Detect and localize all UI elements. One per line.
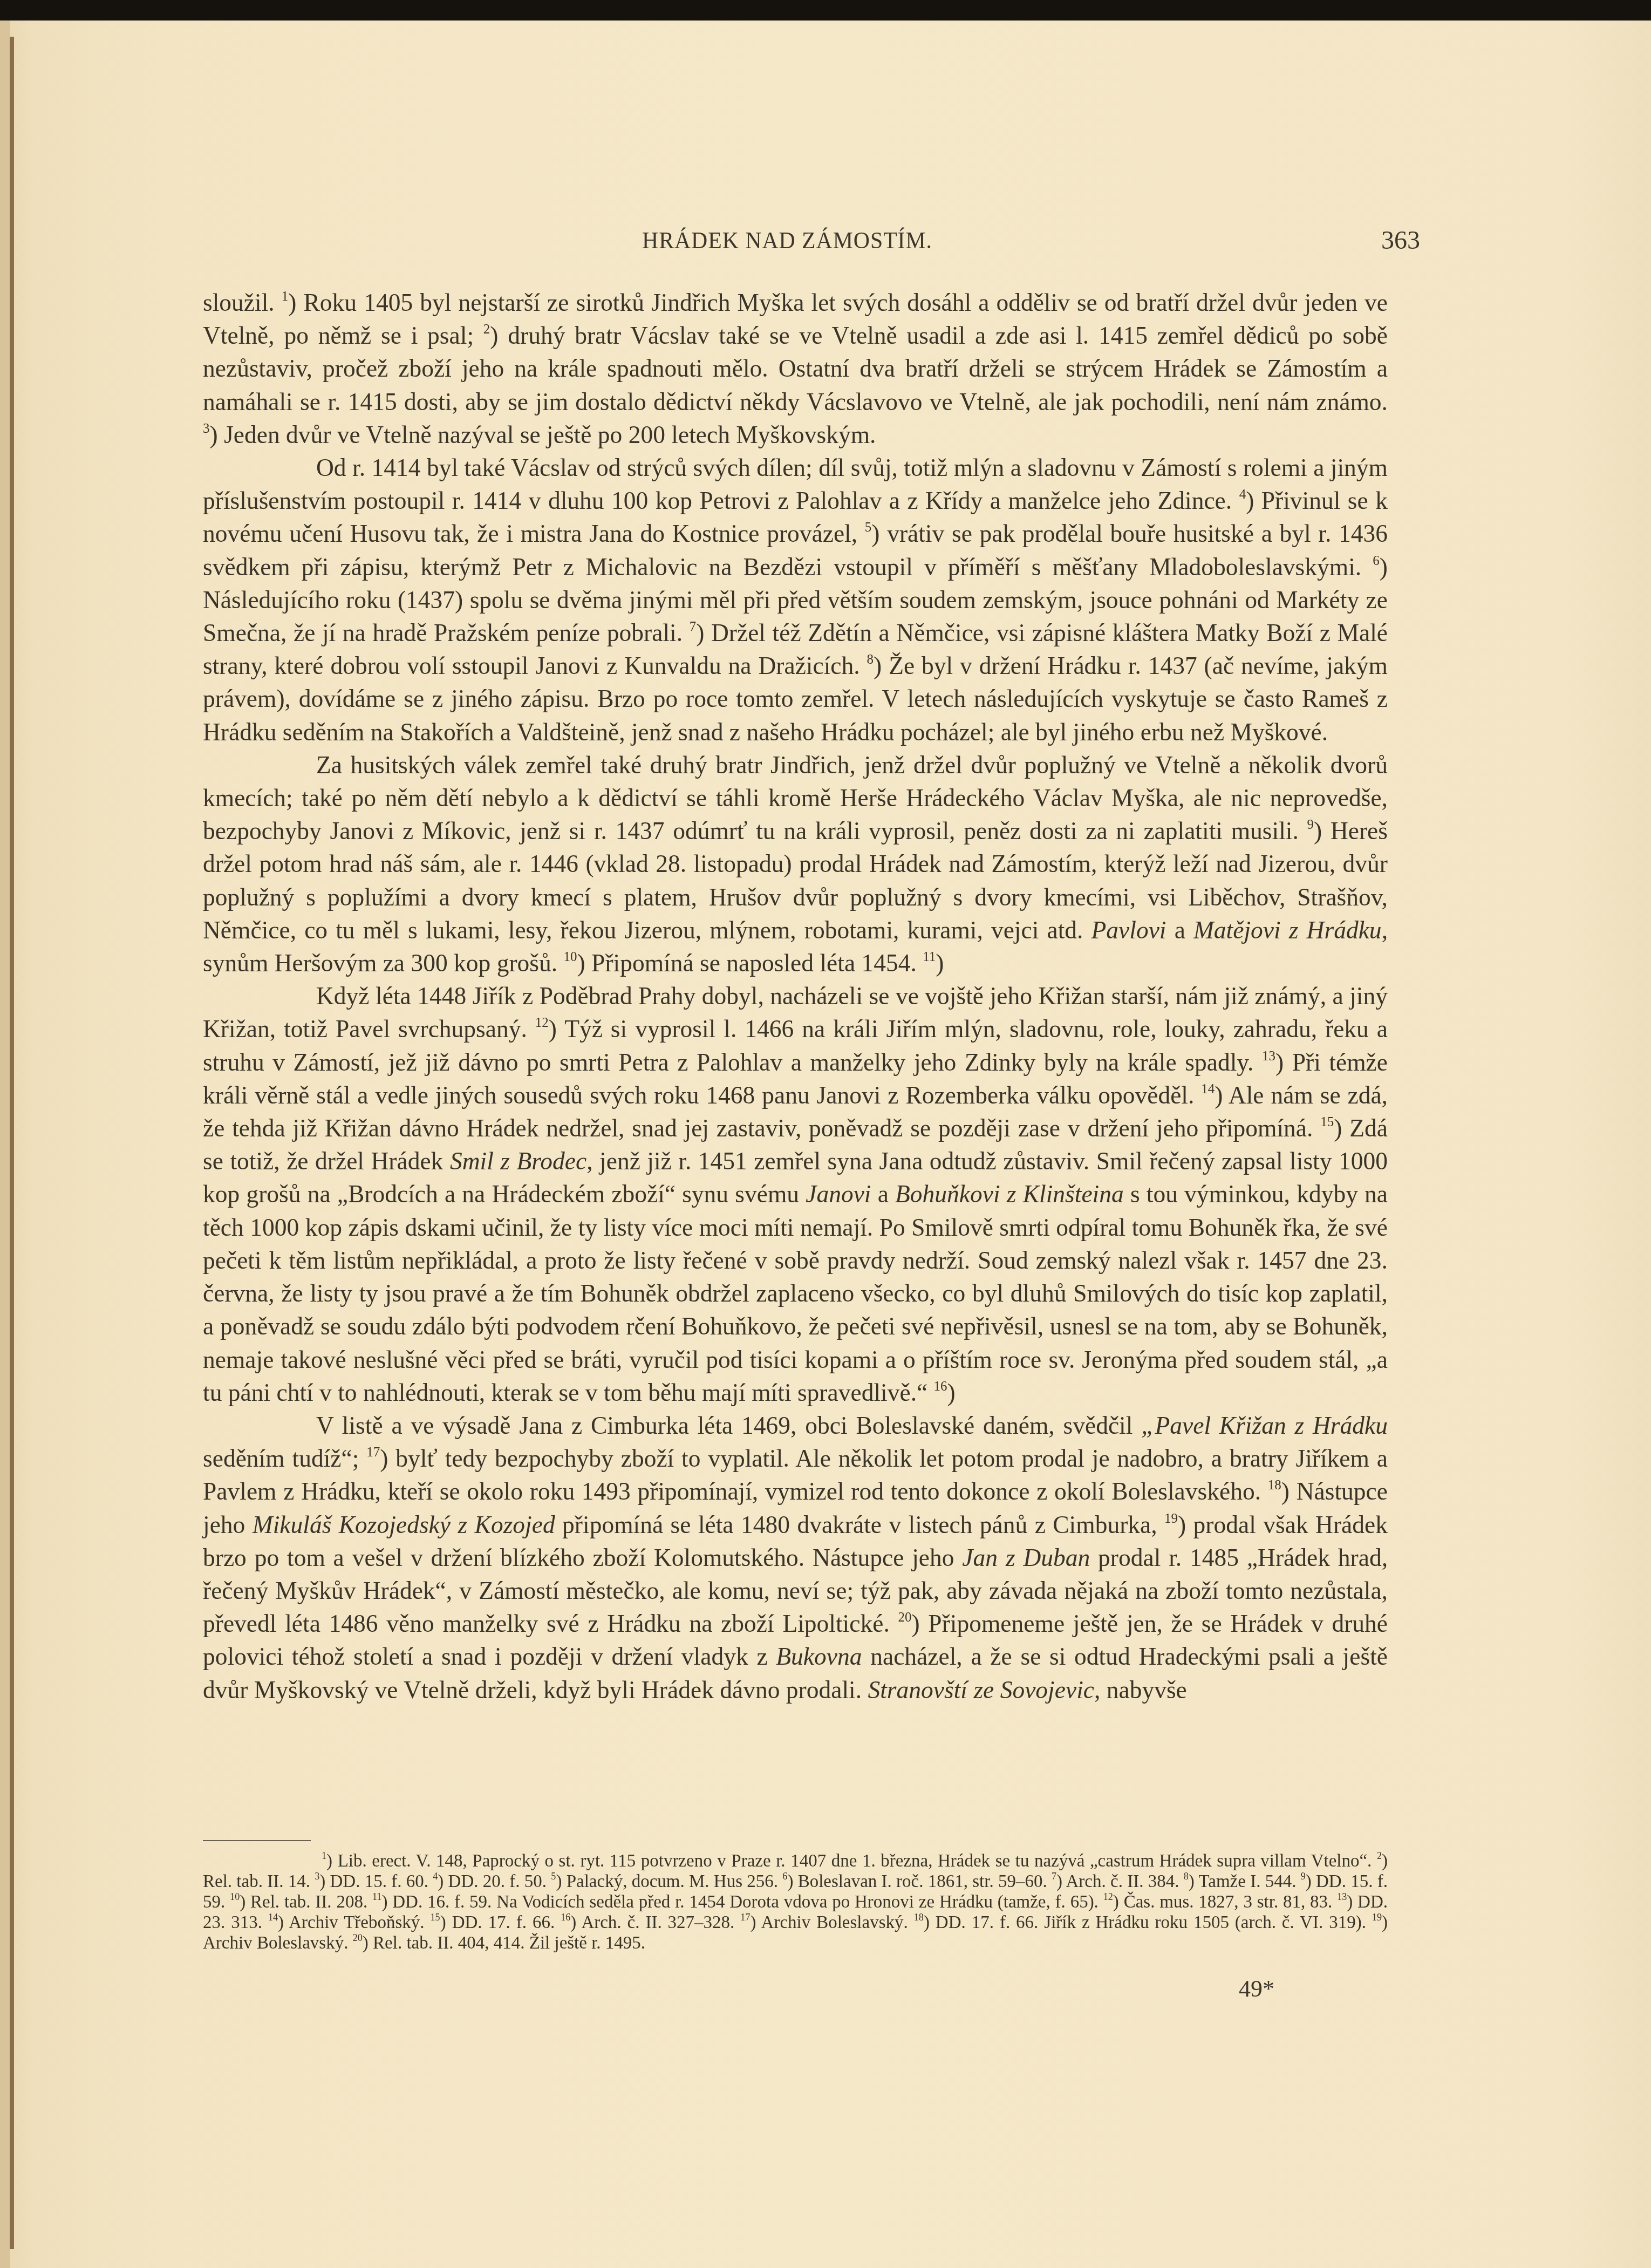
italic-name: Bukovna bbox=[776, 1643, 862, 1670]
footnote-text: ) Rel. tab. II. 208. bbox=[240, 1892, 372, 1912]
footnote-ref: 17 bbox=[366, 1445, 380, 1460]
italic-name: Stranovští ze Sovojevic bbox=[868, 1676, 1094, 1704]
footnote-ref: 3 bbox=[203, 421, 210, 436]
footnote-number: 12 bbox=[1103, 1891, 1113, 1902]
italic-name: Janovi bbox=[806, 1180, 871, 1208]
footnote-ref: 8 bbox=[867, 652, 874, 667]
footnote-ref: 2 bbox=[483, 322, 490, 337]
footnote-ref: 16 bbox=[934, 1379, 947, 1394]
footnote-number: 14 bbox=[268, 1912, 278, 1923]
text-run: ) bbox=[947, 1379, 956, 1406]
footnote-number: 19 bbox=[1372, 1912, 1382, 1923]
footnote-number: 1 bbox=[322, 1850, 326, 1861]
footnote-number: 11 bbox=[372, 1891, 381, 1902]
footnote-number: 20 bbox=[353, 1932, 363, 1943]
text-run: V listě a ve výsadě Jana z Cimburka léta… bbox=[316, 1412, 1141, 1439]
footnotes: 1) Lib. erect. V. 148, Paprocký o st. ry… bbox=[203, 1851, 1388, 1953]
footnote-number: 3 bbox=[315, 1871, 319, 1882]
footnote-number: 17 bbox=[740, 1912, 750, 1923]
text-run: ) bylť tedy bezpochyby zboží to vyplatil… bbox=[203, 1445, 1388, 1505]
footnote-ref: 20 bbox=[898, 1610, 911, 1625]
paragraph: Když léta 1448 Jiřík z Poděbrad Prahy do… bbox=[203, 979, 1388, 1409]
text-run: připomíná se léta 1480 dvakráte v listec… bbox=[555, 1511, 1164, 1538]
italic-name: Smil z Brodec bbox=[450, 1147, 586, 1175]
italic-name: Jan z Duban bbox=[962, 1544, 1090, 1571]
italic-name: Matějovi z Hrádku bbox=[1193, 916, 1382, 944]
text-run: ) Jeden dvůr ve Vtelně nazýval se ještě … bbox=[210, 421, 876, 448]
footnote-number: 10 bbox=[230, 1891, 240, 1902]
running-head: HRÁDEK NAD ZÁMOSTÍM. bbox=[642, 227, 932, 254]
footnote-text: ) Čas. mus. 1827, 3 str. 81, 83. bbox=[1113, 1892, 1337, 1912]
footnote-text: ) Archiv Třeboňský. bbox=[278, 1913, 430, 1932]
footnote-ref: 10 bbox=[564, 950, 577, 964]
facing-page-edge bbox=[0, 21, 10, 2268]
footnote-ref: 7 bbox=[690, 619, 697, 634]
footnote-ref: 1 bbox=[282, 289, 289, 304]
footnote-text: ) Tamže I. 544. bbox=[1189, 1872, 1301, 1891]
footnote-text: ) DD. 20. f. 50. bbox=[438, 1872, 551, 1891]
footnote-number: 16 bbox=[561, 1912, 570, 1923]
footnote-text: ) DD. 17. f. 66. bbox=[440, 1913, 561, 1932]
footnote-text: ) Palacký, docum. M. Hus 256. bbox=[556, 1872, 782, 1891]
italic-name: Bohuňkovi z Klinšteina bbox=[895, 1180, 1124, 1208]
text-run: Od r. 1414 byl také Vácslav od strýců sv… bbox=[203, 454, 1388, 514]
binding-gutter bbox=[10, 37, 14, 2249]
footnote-text: ) Lib. erect. V. 148, Paprocký o st. ryt… bbox=[326, 1851, 1377, 1871]
footnote-text: ) Arch. č. II. 384. bbox=[1056, 1872, 1184, 1891]
text-run: a bbox=[871, 1180, 896, 1208]
italic-name: Mikuláš Kozojedský z Kozojed bbox=[253, 1511, 555, 1538]
text-run: s tou výminkou, kdyby na těch 1000 kop z… bbox=[203, 1180, 1388, 1406]
footnote-text: ) Archiv Boleslavský. bbox=[750, 1913, 913, 1932]
footnote-ref: 15 bbox=[1320, 1115, 1334, 1129]
paragraph: Od r. 1414 byl také Vácslav od strýců sv… bbox=[203, 451, 1388, 748]
text-run: sloužil. bbox=[203, 289, 282, 316]
paragraph: sloužil. 1) Roku 1405 byl nejstarší ze s… bbox=[203, 286, 1388, 451]
footnote-number: 13 bbox=[1337, 1891, 1347, 1902]
footnote-number: 2 bbox=[1377, 1850, 1382, 1861]
text-run: Za husitských válek zemřel také druhý br… bbox=[203, 751, 1388, 844]
footnote-number: 15 bbox=[431, 1912, 440, 1923]
signature-mark: 49* bbox=[1239, 1975, 1274, 2003]
footnote-number: 9 bbox=[1301, 1871, 1306, 1882]
text-run: ) bbox=[936, 949, 944, 977]
paragraph: Za husitských válek zemřel také druhý br… bbox=[203, 748, 1388, 979]
footnote-text: ) Boleslavan I. roč. 1861, str. 59–60. bbox=[787, 1872, 1052, 1891]
footnote-text: ) DD. 16. f. 59. Na Vodicích seděla před… bbox=[381, 1892, 1103, 1912]
scan-border bbox=[0, 0, 1651, 21]
footnote-number: 8 bbox=[1184, 1871, 1189, 1882]
footnote-block: 1) Lib. erect. V. 148, Paprocký o st. ry… bbox=[203, 1851, 1388, 1953]
footnote-ref: 11 bbox=[923, 950, 936, 964]
footnote-ref: 12 bbox=[535, 1016, 549, 1031]
footnote-ref: 4 bbox=[1239, 487, 1246, 502]
paragraph: V listě a ve výsadě Jana z Cimburka léta… bbox=[203, 1409, 1388, 1706]
footnote-ref: 13 bbox=[1262, 1049, 1275, 1064]
footnote-text: ) Arch. č. II. 327–328. bbox=[570, 1913, 740, 1932]
footnote-divider bbox=[203, 1840, 311, 1841]
text-run: seděním tudíž“; bbox=[203, 1445, 366, 1472]
text-run: ) Připomíná se naposled léta 1454. bbox=[577, 949, 923, 977]
footnote-text: ) Rel. tab. II. 404, 414. Žil ještě r. 1… bbox=[363, 1933, 645, 1953]
footnote-ref: 9 bbox=[1307, 818, 1314, 832]
footnote-ref: 14 bbox=[1201, 1082, 1215, 1096]
text-run: a bbox=[1166, 916, 1193, 944]
italic-name: Pavlovi bbox=[1091, 916, 1166, 944]
footnote-ref: 5 bbox=[865, 521, 872, 535]
footnote-number: 4 bbox=[433, 1871, 438, 1882]
italic-name: „Pavel Křižan z Hrádku bbox=[1141, 1412, 1388, 1439]
page-number: 363 bbox=[1381, 226, 1420, 255]
footnote-text: ) DD. 15. f. 60. bbox=[319, 1872, 433, 1891]
body-text: sloužil. 1) Roku 1405 byl nejstarší ze s… bbox=[203, 286, 1388, 1706]
footnote-number: 18 bbox=[914, 1912, 924, 1923]
footnote-ref: 18 bbox=[1268, 1479, 1281, 1493]
footnote-text: ) DD. 17. f. 66. Jiřík z Hrádku roku 150… bbox=[924, 1913, 1372, 1932]
text-run: , nabyvše bbox=[1094, 1676, 1187, 1704]
footnote-ref: 6 bbox=[1373, 554, 1380, 568]
footnote-ref: 19 bbox=[1164, 1511, 1178, 1526]
footnote-number: 7 bbox=[1052, 1871, 1056, 1882]
